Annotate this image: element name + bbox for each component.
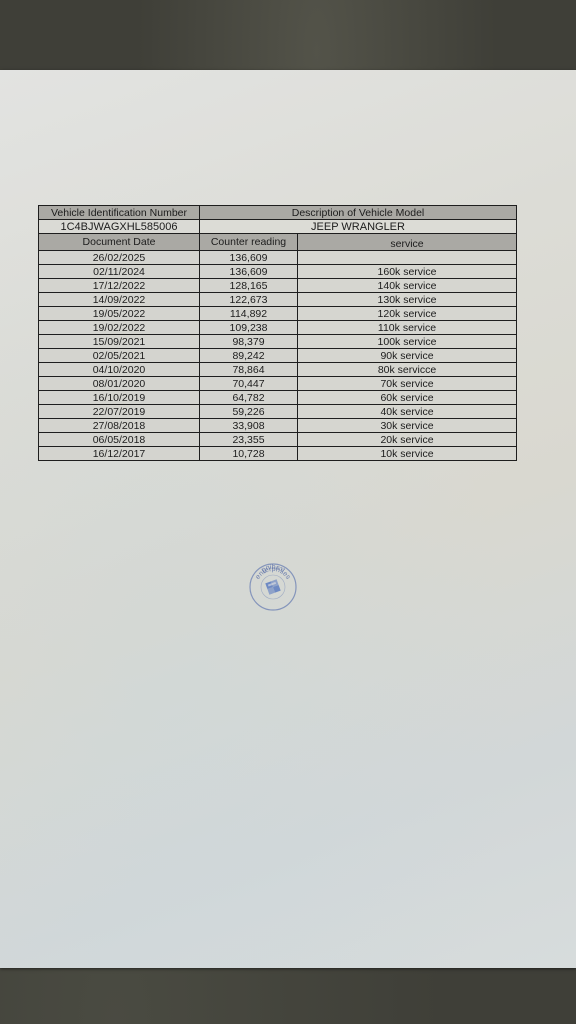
- document-date-cell: 26/02/2025: [39, 251, 200, 265]
- counter-reading-cell: 98,379: [200, 335, 298, 349]
- column-header-row: Document Date Counter reading service: [39, 234, 517, 251]
- table-row: 02/05/202189,24290k service: [39, 349, 517, 363]
- table-row: 15/09/202198,379100k service: [39, 335, 517, 349]
- counter-reading-cell: 89,242: [200, 349, 298, 363]
- counter-reading-cell: 136,609: [200, 251, 298, 265]
- counter-reading-cell: 10,728: [200, 447, 298, 461]
- vin-model-values-row: 1C4BJWAGXHL585006 JEEP WRANGLER: [39, 220, 517, 234]
- document-date-cell: 19/02/2022: [39, 321, 200, 335]
- column-header-service: service: [298, 234, 517, 251]
- service-cell: 10k service: [298, 447, 517, 461]
- counter-reading-cell: 70,447: [200, 377, 298, 391]
- table-row: 08/01/202070,44770k service: [39, 377, 517, 391]
- table-row: 17/12/2022128,165140k service: [39, 279, 517, 293]
- service-cell: 120k service: [298, 307, 517, 321]
- service-cell: 90k service: [298, 349, 517, 363]
- table-row: 19/02/2022109,238110k service: [39, 321, 517, 335]
- document-date-cell: 08/01/2020: [39, 377, 200, 391]
- document-date-cell: 16/12/2017: [39, 447, 200, 461]
- table-row: 22/07/201959,22640k service: [39, 405, 517, 419]
- company-stamp: enterprises trading: [248, 562, 298, 612]
- document-date-cell: 17/12/2022: [39, 279, 200, 293]
- service-cell: 80k servicce: [298, 363, 517, 377]
- document-date-cell: 04/10/2020: [39, 363, 200, 377]
- document-date-cell: 19/05/2022: [39, 307, 200, 321]
- service-history-table: Vehicle Identification Number Descriptio…: [38, 205, 517, 461]
- table-row: 27/08/201833,90830k service: [39, 419, 517, 433]
- service-cell: 30k service: [298, 419, 517, 433]
- document-date-cell: 06/05/2018: [39, 433, 200, 447]
- counter-reading-cell: 78,864: [200, 363, 298, 377]
- counter-reading-cell: 59,226: [200, 405, 298, 419]
- table-row: 19/05/2022114,892120k service: [39, 307, 517, 321]
- counter-reading-cell: 23,355: [200, 433, 298, 447]
- column-header-reading: Counter reading: [200, 234, 298, 251]
- counter-reading-cell: 122,673: [200, 293, 298, 307]
- table-row: 02/11/2024136,609160k service: [39, 265, 517, 279]
- paper-document: Vehicle Identification Number Descriptio…: [0, 70, 576, 968]
- table-row: 16/12/201710,72810k service: [39, 447, 517, 461]
- document-date-cell: 27/08/2018: [39, 419, 200, 433]
- table-row: 16/10/201964,78260k service: [39, 391, 517, 405]
- service-cell: 70k service: [298, 377, 517, 391]
- service-cell: 110k service: [298, 321, 517, 335]
- service-cell: 40k service: [298, 405, 517, 419]
- document-date-cell: 14/09/2022: [39, 293, 200, 307]
- service-cell: [298, 251, 517, 265]
- header-row-vin-model: Vehicle Identification Number Descriptio…: [39, 206, 517, 220]
- document-date-cell: 22/07/2019: [39, 405, 200, 419]
- table-row: 26/02/2025136,609: [39, 251, 517, 265]
- counter-reading-cell: 128,165: [200, 279, 298, 293]
- document-date-cell: 15/09/2021: [39, 335, 200, 349]
- counter-reading-cell: 33,908: [200, 419, 298, 433]
- counter-reading-cell: 64,782: [200, 391, 298, 405]
- document-date-cell: 02/11/2024: [39, 265, 200, 279]
- model-label: Description of Vehicle Model: [200, 206, 517, 220]
- table-row: 14/09/2022122,673130k service: [39, 293, 517, 307]
- counter-reading-cell: 136,609: [200, 265, 298, 279]
- table-row: 04/10/202078,86480k servicce: [39, 363, 517, 377]
- service-cell: 140k service: [298, 279, 517, 293]
- service-cell: 20k service: [298, 433, 517, 447]
- service-cell: 60k service: [298, 391, 517, 405]
- table-row: 06/05/201823,35520k service: [39, 433, 517, 447]
- column-header-date: Document Date: [39, 234, 200, 251]
- vin-label: Vehicle Identification Number: [39, 206, 200, 220]
- document-date-cell: 16/10/2019: [39, 391, 200, 405]
- service-cell: 100k service: [298, 335, 517, 349]
- company-logo-icon: [265, 579, 280, 594]
- service-cell: 160k service: [298, 265, 517, 279]
- vin-value: 1C4BJWAGXHL585006: [39, 220, 200, 234]
- model-value: JEEP WRANGLER: [200, 220, 517, 234]
- document-date-cell: 02/05/2021: [39, 349, 200, 363]
- counter-reading-cell: 114,892: [200, 307, 298, 321]
- service-cell: 130k service: [298, 293, 517, 307]
- counter-reading-cell: 109,238: [200, 321, 298, 335]
